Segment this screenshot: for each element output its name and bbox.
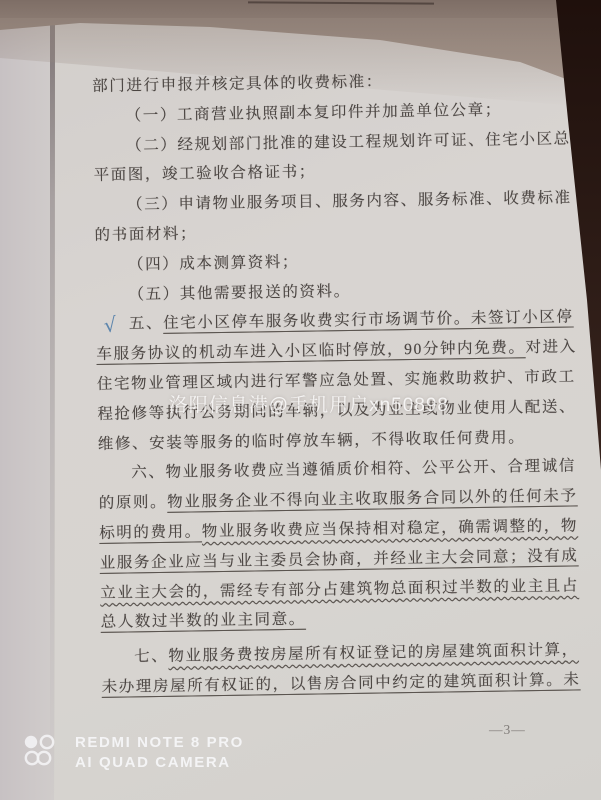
text-segment: （四）成本测算资料；	[128, 254, 299, 274]
underlined-text-segment: 立业主大会的，需经专有部分占建筑物总面积过半数的业主且占	[100, 577, 579, 602]
camera-watermark-line2: AI QUAD CAMERA	[75, 754, 231, 771]
quad-camera-icon	[22, 734, 62, 773]
underlined-text-segment: 住宅小区停车服务收费实行市场调节价。未签订小区停	[163, 309, 574, 332]
page-left-fold	[0, 0, 54, 800]
document-line: 总人数过半数的业主同意。	[100, 601, 576, 638]
camera-watermark-line1: REDMI NOTE 8 PRO	[75, 734, 244, 751]
text-segment: 六、物业服务收费应当遵循质价相符、公平公开、合理诚信	[131, 458, 576, 482]
underlined-text-segment: 业服务企业应当与业主委员会协商，并经业主大会同意；没有成	[100, 547, 579, 572]
text-segment: 维修、安装等服务的临时停放车辆，不得收取任何费用。	[98, 429, 526, 453]
underlined-text-segment: 物业服务企业不得向业主收取服务合同以外的任何未予	[167, 488, 578, 511]
underlined-text-segment: 总人数过半数的业主同意。	[101, 611, 306, 631]
center-watermark: 洛阳信息港@手机用户xn50898	[169, 390, 449, 417]
text-segment: 的原则。	[99, 494, 168, 512]
page-crease-line	[50, 0, 55, 800]
underlined-text-segment: 未办理房屋所有权证的，以售房合同中约定的建筑面积计算。未	[102, 671, 581, 696]
page-number: —3—	[489, 722, 526, 738]
document-photo: 部门进行申报并核定具体的收费标准：（一）工商营业执照副本复印件并加盖单位公章；（…	[0, 0, 601, 800]
text-segment: 五、	[129, 315, 163, 333]
camera-watermark-text: REDMI NOTE 8 PRO AI QUAD CAMERA	[75, 733, 244, 773]
text-segment: 的书面材料；	[94, 225, 197, 244]
text-segment: 七、	[134, 648, 168, 666]
handwritten-checkmark: √	[102, 310, 118, 341]
text-segment: 对进入	[525, 339, 577, 357]
text-segment: （一）工商营业执照副本复印件并加盖单位公章；	[126, 101, 502, 124]
underlined-text-segment: 物业服务费按房屋所有权证登记的房屋建筑面积计算，	[168, 642, 579, 665]
text-segment: 平面图，竣工验收合格证书；	[93, 164, 316, 184]
underlined-text-segment: 车服务协议的机动车进入小区临时停放，90分钟内免费。	[96, 339, 525, 363]
underlined-text-segment: 物业服务收费应当保持相对稳定，确需调整的，物	[202, 517, 578, 540]
document-text-block: 部门进行申报并核定具体的收费标准：（一）工商营业执照副本复印件并加盖单位公章；（…	[92, 65, 578, 703]
text-segment: 部门进行申报并核定具体的收费标准：	[92, 73, 383, 95]
text-segment: （二）经规划部门批准的建设工程规划许可证、住宅小区总	[126, 130, 571, 154]
text-segment: （三）申请物业服务项目、服务内容、服务标准、收费标准	[127, 190, 572, 214]
underlined-text-segment: 标明的费用。	[99, 523, 202, 542]
text-segment: （五）其他需要报送的资料。	[128, 283, 351, 303]
camera-watermark: REDMI NOTE 8 PRO AI QUAD CAMERA	[22, 733, 244, 773]
